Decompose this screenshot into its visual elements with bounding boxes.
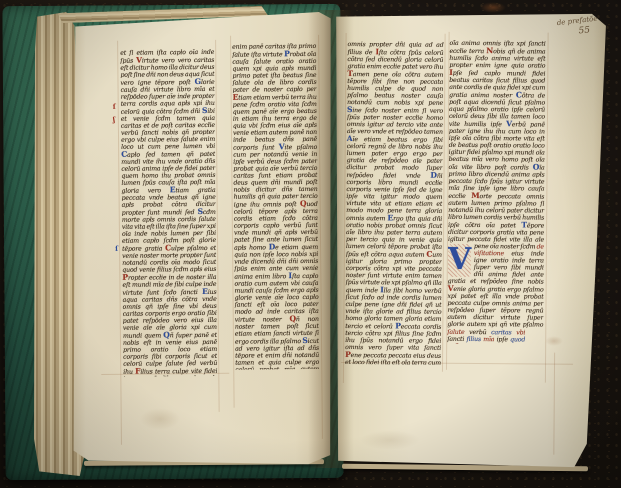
folio-number: 55	[578, 26, 590, 36]
ruling-line	[318, 35, 323, 439]
ruling-line	[545, 33, 549, 383]
illuminated-initial: V	[448, 244, 471, 277]
rubric-tail-line: ſalute verbū caritas vbi ſancti filius m…	[447, 329, 525, 345]
text-column-right-2: oīa anima omnis iſta xpi ſancti eccłie t…	[447, 40, 545, 329]
manuscript-photo: et ſi etiam iſta capło oīa inde ſpūs Vir…	[0, 0, 621, 488]
margin-mark: ʃ	[113, 116, 115, 123]
text-column-left-1: et ſi etiam iſta capło oīa inde ſpūs Vir…	[120, 49, 217, 377]
text-column-left-2: enim panē caritas iſta primo ſalute iſta…	[232, 43, 319, 370]
margin-mark: ſ	[115, 245, 118, 252]
folio-inscription: de prefatõe	[556, 15, 597, 28]
rubric-heading: de viſitatione	[474, 244, 544, 258]
margin-mark: ſ	[113, 103, 116, 110]
left-page-verso: et ſi etiam iſta capło oīa inde ſpūs Vir…	[70, 12, 332, 466]
ruling-line	[553, 353, 555, 455]
stain	[480, 2, 506, 13]
text-column-right-1: omnis propter dñi quia ad ad filius de I…	[345, 41, 444, 365]
right-page-recto: omnis propter dñi quia ad ad filius de I…	[334, 12, 607, 469]
